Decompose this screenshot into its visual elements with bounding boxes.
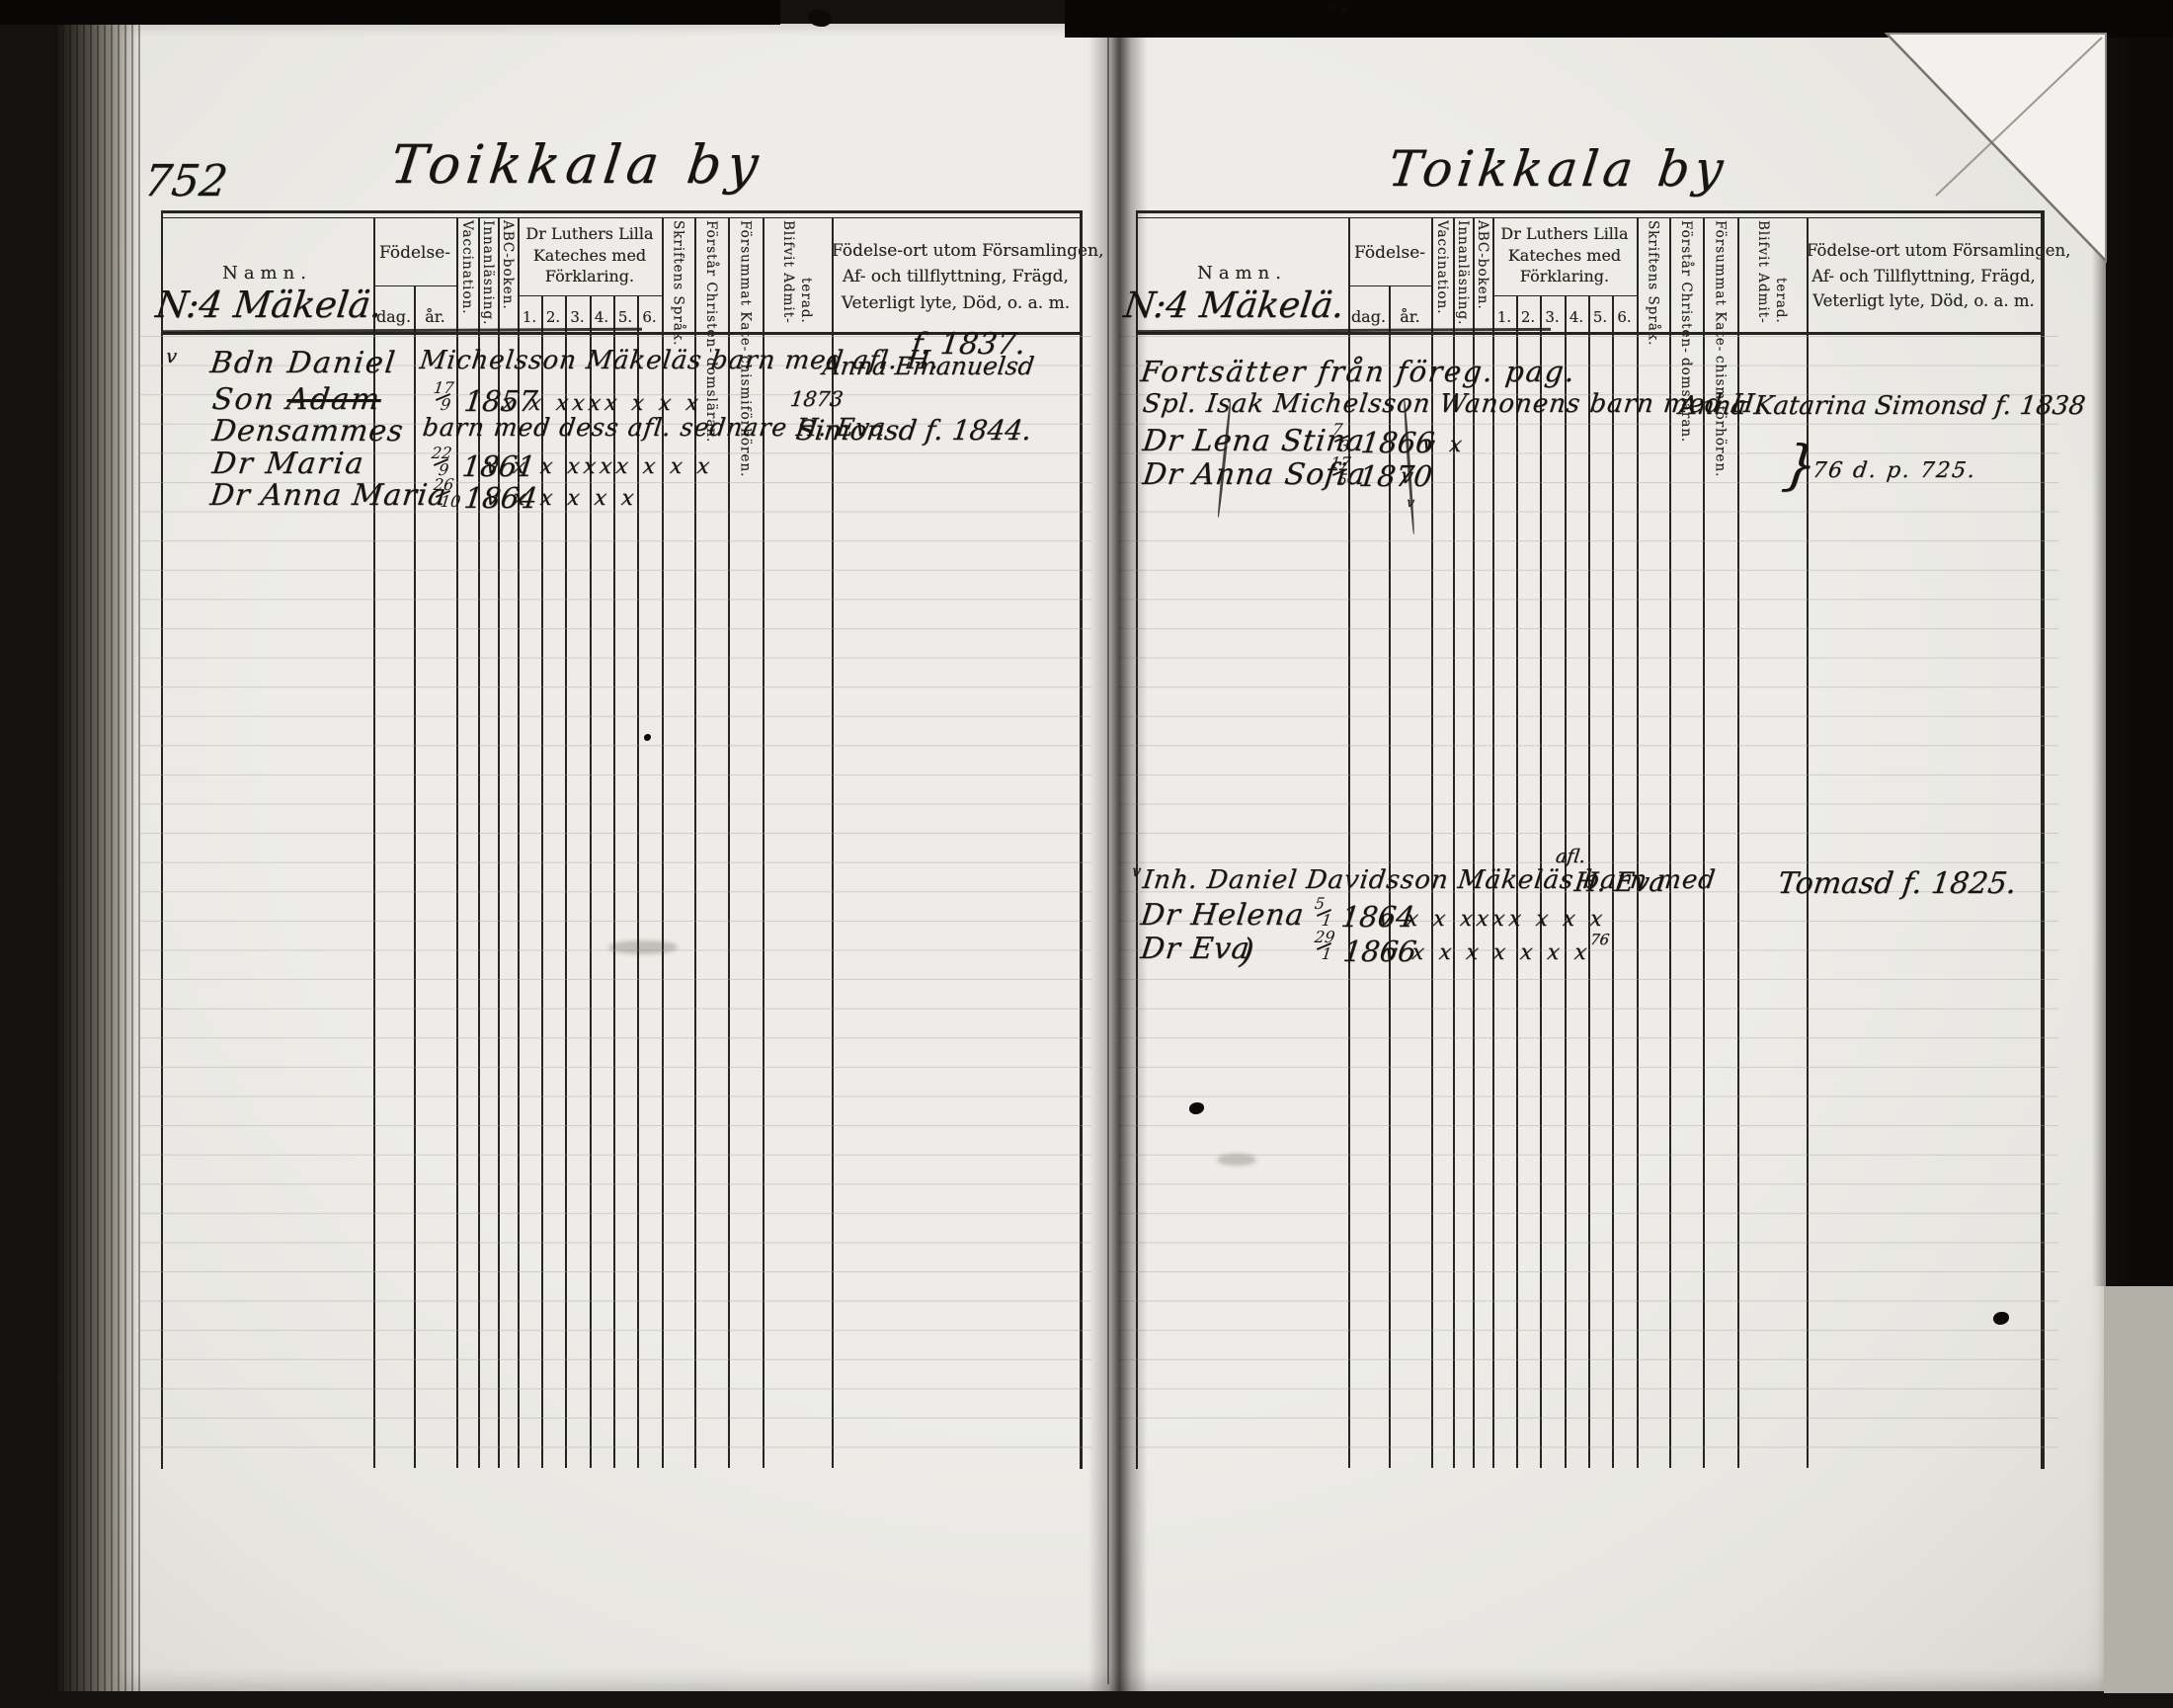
birth-day: 17 (433, 381, 454, 395)
ink-smudge (608, 940, 678, 954)
left-page-title: Toikkala by (388, 138, 767, 192)
col-header-skriftens-label: Skriftens Språk. (1645, 220, 1662, 346)
col-header-k3: 3. (1540, 308, 1565, 326)
entry-name: Densammes (210, 417, 405, 447)
birth-day: 29 (1314, 931, 1335, 944)
col-header-skriftens: Skriftens Språk. (1637, 220, 1669, 350)
entry-name: Dr Anna Maria (208, 481, 448, 511)
birth-month: 3 (1338, 440, 1350, 453)
proficiency-marks: v x x x x x x x (1384, 942, 1592, 964)
grid-line (161, 217, 1082, 218)
birth-day-fraction: 2610 (431, 478, 463, 509)
page-edge-line (1107, 30, 1109, 1684)
entry-text: Spl. Isak Michelsson Wanonens barn med H… (1141, 391, 1765, 417)
center-gutter-shadow (1088, 24, 1148, 1691)
scan-edge-right-lower (2104, 1286, 2173, 1693)
col-header-k5: 5. (613, 308, 637, 326)
proficiency-marks: v x x x x x (485, 488, 639, 510)
col-header-fodelseort-line3: Veterligt lyte, Död, o. a. m. (1807, 288, 2041, 314)
birth-day-fraction: 179 (431, 381, 454, 412)
col-header-fodelseort-line3: Veterligt lyte, Död, o. a. m. (832, 290, 1080, 316)
birth-year: 1870 (1357, 462, 1433, 491)
col-header-k6: 6. (1612, 308, 1637, 326)
col-header-namn: Namn. (1136, 263, 1348, 285)
col-header-abc-boken: ABC-boken. (498, 220, 518, 314)
entry-wide-note: Anna Katarina Simonsd f. 1838 (1677, 393, 2086, 419)
birth-day: 7 (1331, 423, 1343, 437)
entry-name-struck: Adam (284, 382, 383, 417)
birth-day: 26 (433, 478, 454, 492)
col-header-k5: 5. (1588, 308, 1612, 326)
col-header-k3: 3. (565, 308, 590, 326)
col-header-kateches-line3: Förklaring. (1492, 266, 1637, 287)
col-header-k2: 2. (541, 308, 565, 326)
group-heading: N:4 Mäkelä. (154, 286, 384, 323)
col-header-k4: 4. (1565, 308, 1588, 326)
entry-wide-note: Tomasd f. 1825. (1776, 869, 2018, 899)
right-page-title: Toikkala by (1386, 144, 1730, 194)
birth-month: 1 (1321, 914, 1332, 928)
col-header-dag: dag. (1348, 307, 1389, 326)
col-header-forstar-line1: Förstår Christen- (702, 220, 720, 354)
col-header-forstar-line1: Förstår Christen- (1677, 220, 1695, 354)
birth-day-fraction: 229 (429, 447, 452, 477)
birth-day-fraction: 175 (1328, 456, 1351, 487)
col-header-fodelse: Födelse- (373, 243, 456, 263)
col-header-skriftens: Skriftens Språk. (662, 220, 694, 350)
proficiency-marks: v x x xxxx x x x (485, 456, 715, 478)
col-header-k6: 6. (637, 308, 662, 326)
col-header-kateches: Dr Luthers Lilla Kateches med Förklaring… (518, 223, 662, 287)
proficiency-marks: v x x xxxx x x x (1378, 909, 1608, 931)
col-header-abc-boken-label: ABC-boken. (1474, 220, 1491, 310)
folded-corner (1859, 26, 2108, 273)
page-number: 752 (141, 160, 229, 203)
birth-day-fraction: 73 (1329, 423, 1352, 453)
col-header-vaccination-label: Vaccination. (458, 220, 476, 315)
entry-text: Fortsätter från föreg. pag. (1139, 358, 1577, 386)
entry-name: Bdn Daniel (208, 349, 398, 378)
birth-month: 1 (1321, 947, 1332, 961)
entry-name: Dr Eva (1139, 935, 1251, 964)
birth-day: 5 (1314, 897, 1326, 911)
col-header-skriftens-label: Skriftens Språk. (670, 220, 687, 346)
col-header-innanlasning: Innanläsning. (1453, 220, 1473, 329)
entry-name: Dr Helena (1139, 901, 1306, 931)
col-header-innanlasning-label: Innanläsning. (479, 220, 497, 325)
col-header-innanlasning: Innanläsning. (478, 220, 498, 329)
col-header-vaccination-label: Vaccination. (1433, 220, 1451, 315)
birth-day: 17 (1329, 456, 1351, 470)
entry-name-prefix: Son (210, 382, 289, 417)
col-header-fodelse: Födelse- (1348, 243, 1431, 263)
scanned-book-spread: 752 Toikkala by Namn. Födelse- dag. år. (0, 0, 2173, 1708)
col-header-blifvit: Blifvit Admit-terad. (1737, 220, 1807, 328)
col-header-ar: år. (414, 307, 456, 326)
scan-edge-top-left (0, 0, 780, 25)
col-header-kateches-line2: Kateches med (1492, 245, 1637, 267)
col-header-abc-boken-label: ABC-boken. (499, 220, 517, 310)
col-header-blifvit-line2: terad. (1772, 278, 1790, 324)
col-header-blifvit-line1: Blifvit Admit- (779, 220, 797, 324)
entry-name: Dr Maria (210, 449, 366, 479)
col-header-k2: 2. (1516, 308, 1540, 326)
entry-text: H. Eva (1572, 869, 1666, 896)
col-header-vaccination: Vaccination. (1431, 220, 1453, 319)
col-header-kateches: Dr Luthers Lilla Kateches med Förklaring… (1492, 223, 1637, 287)
grid-line (161, 210, 1082, 213)
col-header-ar: år. (1389, 307, 1431, 326)
birth-day-fraction: 51 (1312, 897, 1334, 928)
entry-superscript: afl. (1555, 848, 1586, 866)
col-header-innanlasning-label: Innanläsning. (1454, 220, 1472, 325)
col-header-kateches-line3: Förklaring. (518, 266, 662, 287)
col-header-kateches-line1: Dr Luthers Lilla (518, 223, 662, 245)
ink-smudge (1217, 1154, 1256, 1166)
col-header-blifvit-line1: Blifvit Admit- (1754, 220, 1772, 324)
group-heading: N:4 Mäkelä. (1122, 288, 1346, 324)
col-header-k1: 1. (518, 308, 541, 326)
col-header-kateches-line2: Kateches med (518, 245, 662, 267)
entry-wide-note: Simonsd f. 1844. (794, 417, 1033, 445)
col-header-k4: 4. (590, 308, 613, 326)
margin-note: 76 (1589, 933, 1610, 947)
book-spine (55, 24, 140, 1691)
admitted-year: 1873 (789, 389, 845, 410)
birth-month: 10 (440, 495, 461, 509)
birth-day-fraction: 291 (1312, 931, 1335, 961)
proficiency-marks: x x xxxx x x x (501, 393, 703, 415)
col-header-blifvit-line2: terad. (797, 278, 815, 324)
col-header-fodelseort-line1: Födelse-ort utom Församlingen, (832, 238, 1080, 264)
col-header-fodelseort-line2: Af- och tillflyttning, Frägd, (832, 264, 1080, 289)
birth-day: 22 (431, 447, 452, 460)
entry-name: Son Adam (210, 385, 382, 415)
birth-month: 9 (440, 398, 451, 412)
page-reference: 76 d. p. 725. (1811, 460, 1978, 482)
col-header-forsummat: Försummat Kate-chismiförhören. (1703, 220, 1737, 482)
col-header-k1: 1. (1492, 308, 1516, 326)
col-header-vaccination: Vaccination. (456, 220, 478, 319)
birth-month: 5 (1336, 473, 1348, 487)
proficiency-marks: v x (1421, 435, 1468, 456)
col-header-kateches-line1: Dr Luthers Lilla (1492, 223, 1637, 245)
col-header-forsummat-line1: Försummat Kate- (1712, 220, 1730, 352)
col-header-namn: Namn. (161, 263, 373, 285)
col-header-fodelseort: Födelse-ort utom Församlingen, Af- och t… (832, 238, 1080, 316)
col-header-blifvit: Blifvit Admit-terad. (763, 220, 832, 328)
row-check-mark: v (165, 348, 178, 366)
entry-note-above: f. 1837. (910, 330, 1027, 360)
col-header-abc-boken: ABC-boken. (1473, 220, 1492, 314)
col-header-forsummat-line1: Försummat Kate- (737, 220, 755, 352)
